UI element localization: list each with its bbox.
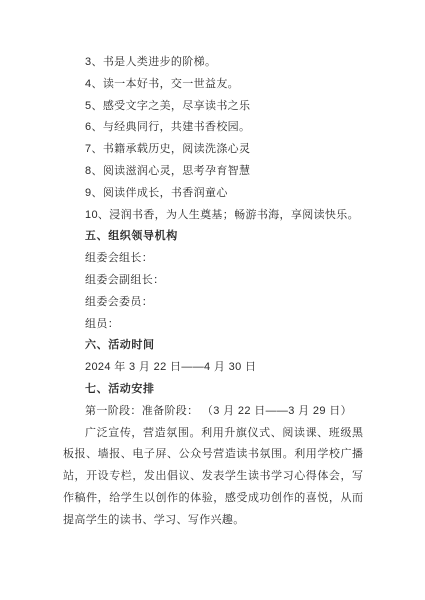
- list-item: 3、书是人类进步的阶梯。: [63, 52, 363, 74]
- field-label: 组员：: [63, 314, 363, 336]
- section-heading: 六、活动时间: [63, 335, 363, 357]
- section-heading: 七、活动安排: [63, 379, 363, 401]
- stage-title: 第一阶段：准备阶段： （3 月 22 日——3 月 29 日）: [63, 401, 363, 423]
- field-label: 组委会组长：: [63, 248, 363, 270]
- paragraph-line: 板报、墙报、电子屏、公众号营造读书氛围。利用学校广播: [63, 444, 363, 466]
- paragraph-line: 提高学生的读书、学习、写作兴趣。: [63, 510, 363, 532]
- list-item: 6、与经典同行，共建书香校园。: [63, 117, 363, 139]
- field-label: 组委会委员：: [63, 292, 363, 314]
- paragraph-line: 作稿件，给学生以创作的体验，感受成功创作的喜悦，从而: [63, 488, 363, 510]
- date-range: 2024 年 3 月 22 日——4 月 30 日: [63, 357, 363, 379]
- field-label: 组委会副组长：: [63, 270, 363, 292]
- list-item: 9、阅读伴成长，书香润童心: [63, 183, 363, 205]
- paragraph-line: 广泛宣传，营造氛围。利用升旗仪式、阅读课、班级黑: [63, 423, 363, 445]
- paragraph-line: 站，开设专栏，发出倡议、发表学生读书学习心得体会，写: [63, 466, 363, 488]
- section-heading: 五、组织领导机构: [63, 226, 363, 248]
- document-body: 3、书是人类进步的阶梯。4、读一本好书，交一世益友。5、感受文字之美，尽享读书之…: [63, 52, 363, 532]
- list-item: 5、感受文字之美，尽享读书之乐: [63, 96, 363, 118]
- list-item: 8、阅读滋润心灵，思考孕育智慧: [63, 161, 363, 183]
- document-page: 3、书是人类进步的阶梯。4、读一本好书，交一世益友。5、感受文字之美，尽享读书之…: [0, 0, 425, 600]
- list-item: 7、书籍承载历史，阅读洗涤心灵: [63, 139, 363, 161]
- list-item: 10、浸润书香，为人生奠基；畅游书海，享阅读快乐。: [63, 205, 363, 227]
- list-item: 4、读一本好书，交一世益友。: [63, 74, 363, 96]
